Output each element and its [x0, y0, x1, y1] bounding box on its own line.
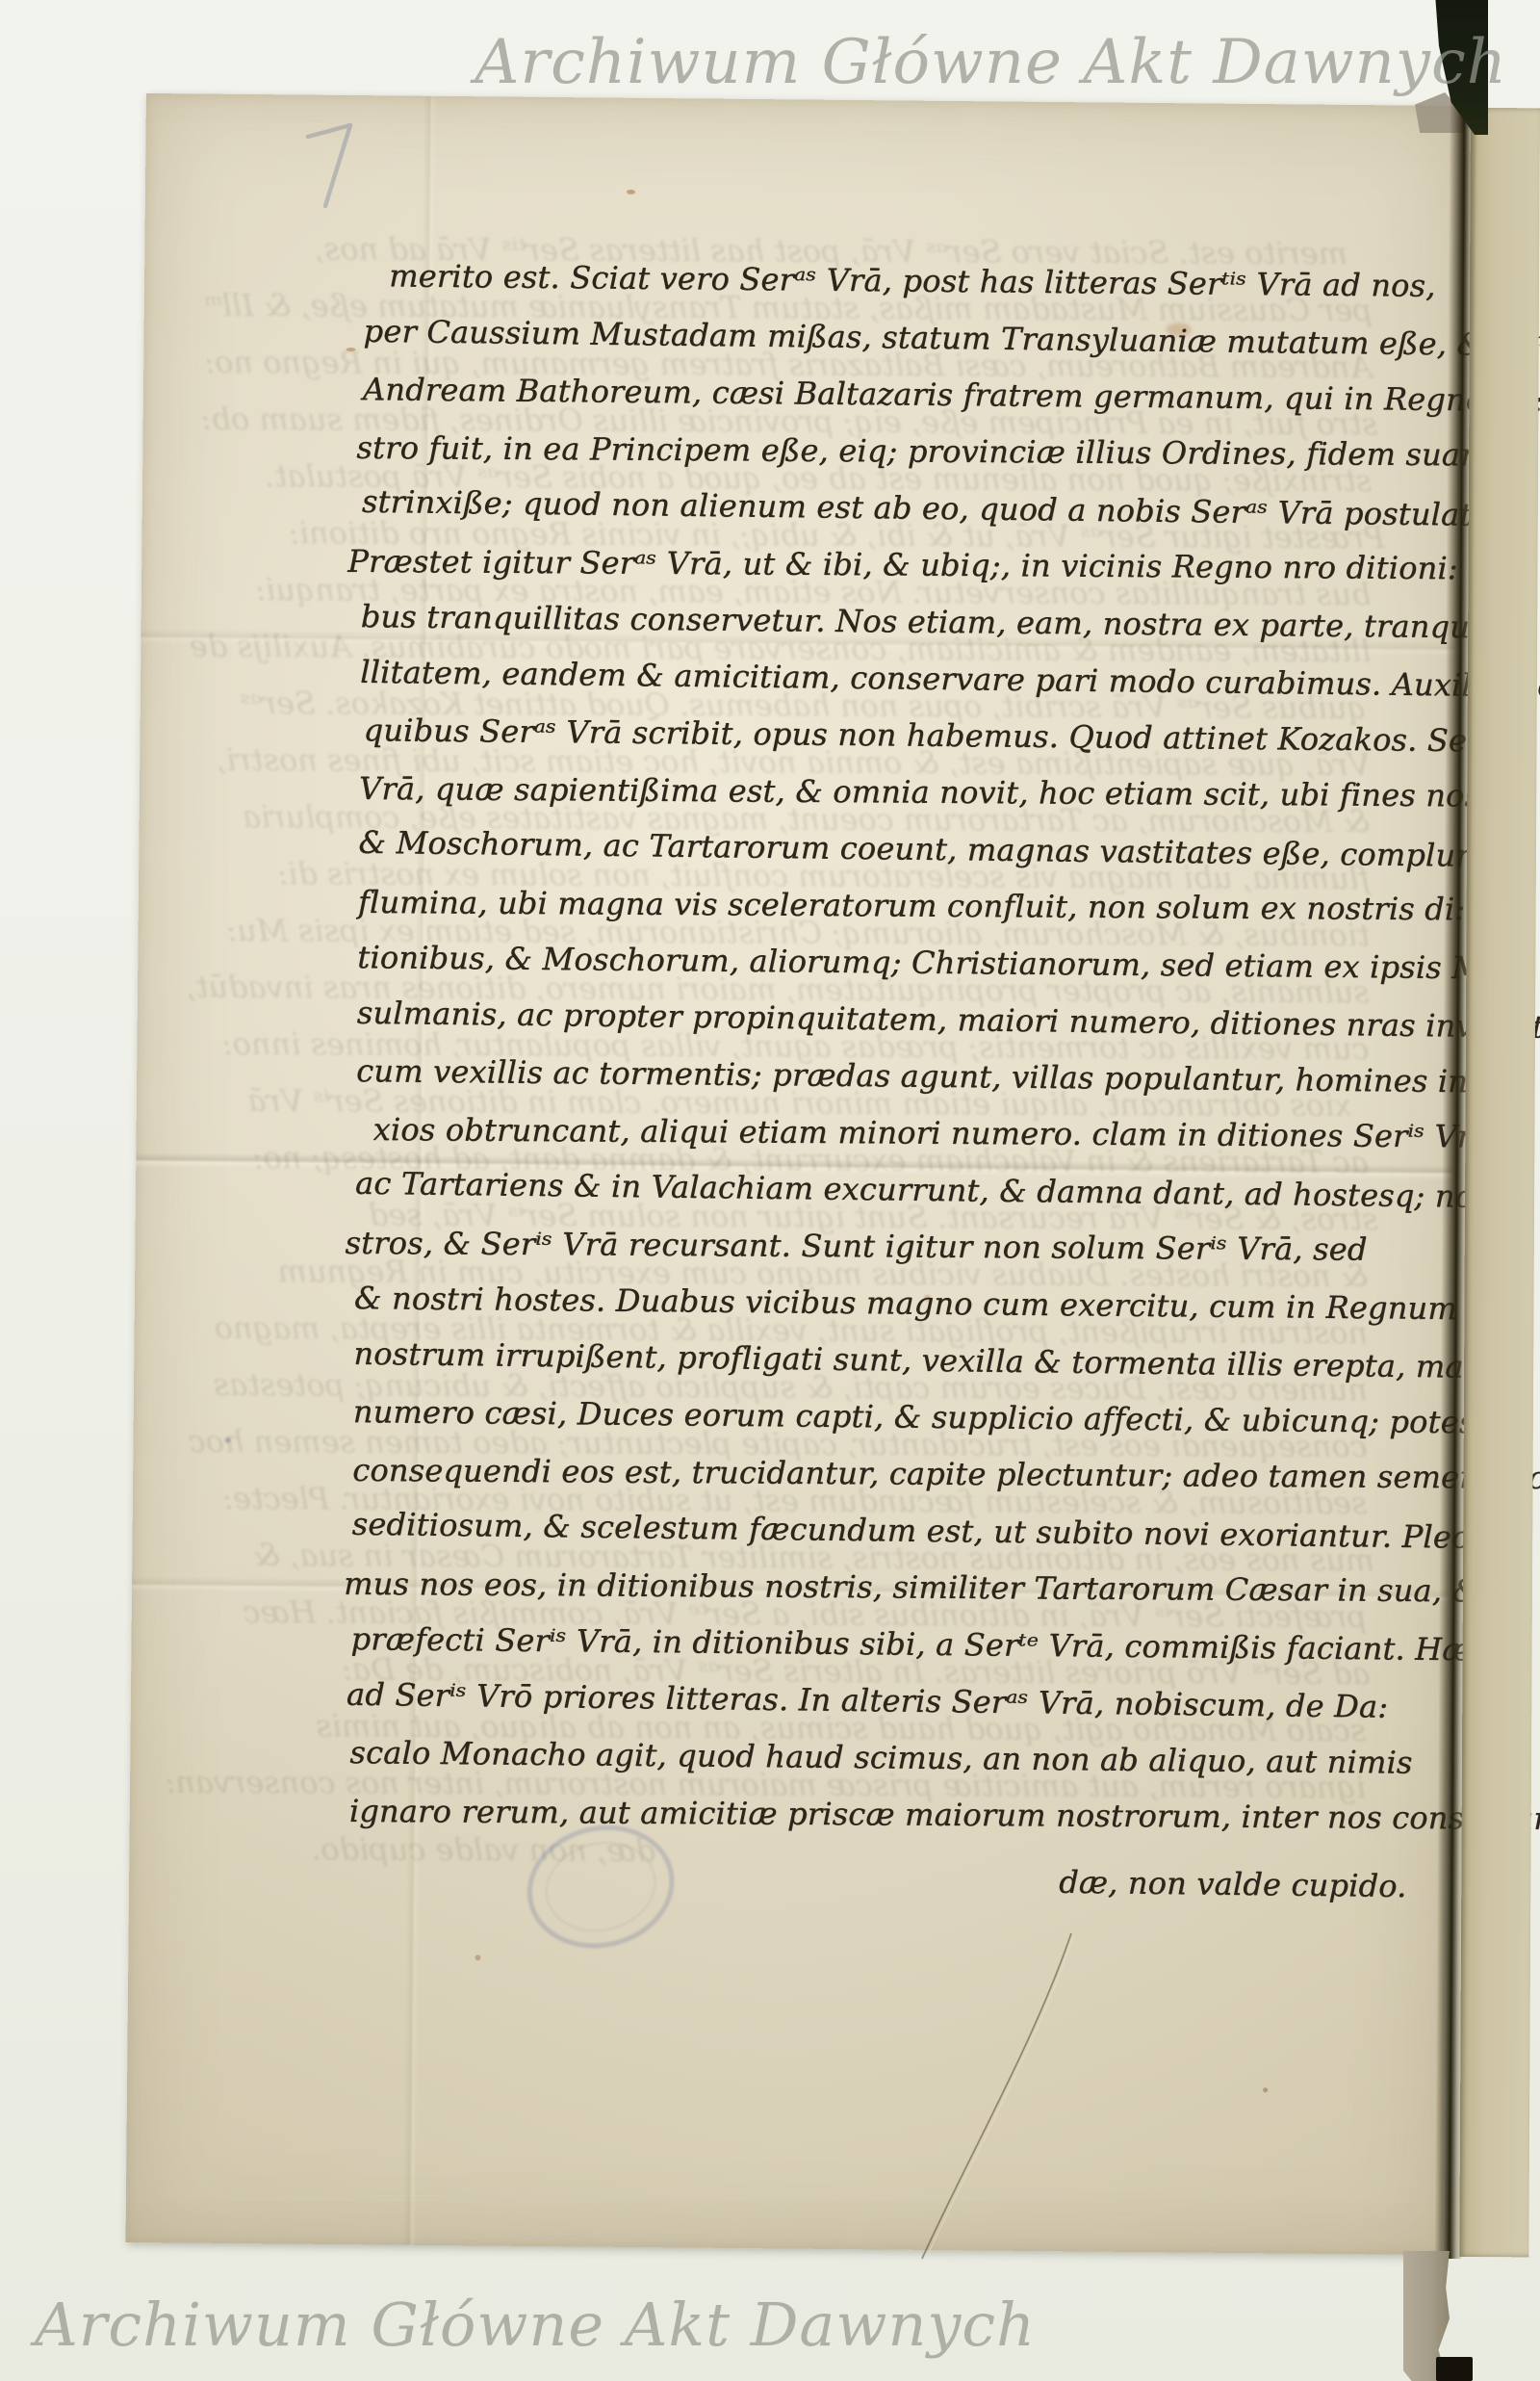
manuscript-line: Andream Bathoreum, cæsi Baltazaris fratr… — [363, 361, 1442, 428]
manuscript-line: scalo Monacho agit, quod haud scimus, an… — [349, 1724, 1428, 1792]
manuscript-page: merito est. Sciat vero Serᵃˢ Vrā, post h… — [126, 93, 1463, 2255]
fox-stain — [1263, 2087, 1268, 2092]
manuscript-line: seditiosum, & scelestum fæcundum est, ut… — [351, 1496, 1430, 1566]
manuscript-line: & Moschorum, ac Tartarorum coeunt, magna… — [358, 815, 1437, 884]
fox-stain — [475, 1954, 480, 1960]
archive-stamp-inner-ring — [536, 1830, 665, 1942]
watermark-top: Archiwum Główne Akt Dawnych — [475, 27, 1507, 98]
book-binding-bottom — [1436, 2357, 1473, 2381]
manuscript-line: dæ, non valde cupido. — [1059, 1854, 1427, 1916]
manuscript-line: mus nos eos, in ditionibus nostris, simi… — [344, 1556, 1429, 1619]
manuscript-line: numero cæsi, Duces eorum capti, & suppli… — [353, 1384, 1432, 1451]
manuscript-line: flumina, ubi magna vis sceleratorum conf… — [358, 874, 1436, 938]
watermark-bottom: Archiwum Główne Akt Dawnych — [35, 2290, 1036, 2360]
manuscript-line: consequendi eos est, trucidantur, capite… — [352, 1442, 1430, 1506]
fox-stain — [225, 1437, 231, 1443]
manuscript-line: strinxiße; quod non alienum est ab eo, q… — [362, 474, 1441, 543]
manuscript-line: Præstet igitur Serᵃˢ Vrā, ut & ibi, & ub… — [347, 533, 1439, 597]
manuscript-line: stros, & Serⁱˢ Vrā recursant. Sunt igitu… — [345, 1215, 1432, 1279]
manuscript-line: cum vexillis ac tormentis; prædas agunt,… — [356, 1043, 1435, 1110]
manuscript-text: merito est. Sciat vero Serᵃˢ Vrā, post h… — [348, 247, 1442, 1915]
archival-scan: { "archive": { "watermark_top": "Archiwu… — [0, 0, 1540, 2381]
manuscript-line: xios obtruncant, aliqui etiam minori num… — [372, 1101, 1433, 1165]
manuscript-line: quibus Serᵃˢ Vrā scribit, opus non habem… — [363, 702, 1438, 769]
manuscript-line: ignaro rerum, aut amicitiæ priscæ maioru… — [349, 1783, 1427, 1847]
manuscript-line: Vrā, quæ sapientißima est, & omnia novit… — [359, 761, 1437, 824]
manuscript-line: ac Tartariens & in Valachiam excurrunt, … — [355, 1155, 1434, 1225]
manuscript-line: stro fuit, in ea Principem eße, eiq; pro… — [356, 420, 1440, 483]
fox-stain — [346, 348, 355, 351]
fox-stain — [627, 190, 635, 194]
